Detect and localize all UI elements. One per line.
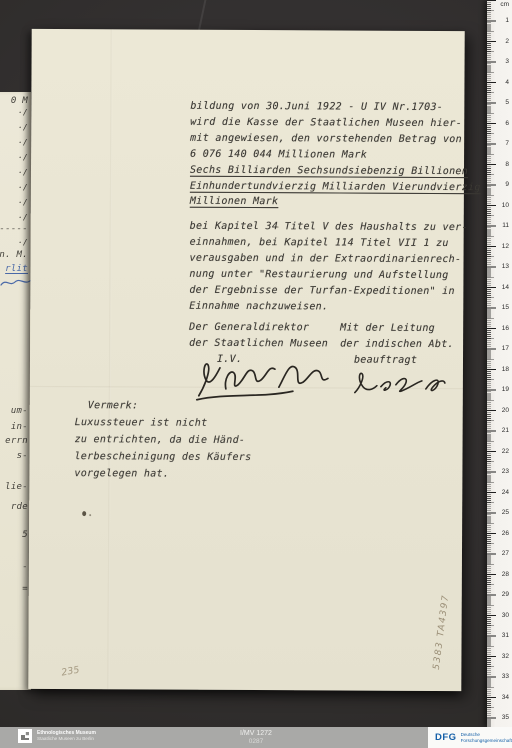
ruler-number: 23 (502, 468, 509, 475)
left-page-fragment: ·/ (18, 153, 28, 162)
left-page-fragment: ·/ (18, 198, 28, 207)
dfg-name-line2: Forschungsgemeinschaft (461, 738, 512, 743)
left-page-fragment: ·/ (18, 213, 28, 222)
pencil-inventory-annotation: 5383 TA4397 (430, 580, 453, 684)
typewritten-body: bildung von 30.Juni 1922 - U IV Nr.1703-… (189, 99, 486, 316)
ruler-number: 3 (505, 58, 509, 65)
ruler-number: 2 (505, 38, 509, 45)
ruler-number: 20 (502, 407, 509, 414)
left-page-fragment: ·/ (18, 238, 28, 247)
left-page-edge: 0 M·/·/·/·/·/·/·/·/-----·/en. M.rlitum-i… (0, 92, 31, 690)
typewritten-line: Einnahme nachzuweisen. (189, 299, 485, 316)
left-page-fragment: rde (11, 502, 28, 512)
left-page-fragment: ·/ (18, 138, 28, 147)
ruler-number: 34 (502, 694, 509, 701)
paper-speck (82, 511, 86, 516)
vermerk-line: lerbescheinigung des Käufers (74, 448, 284, 466)
left-page-fragment: 5 (22, 530, 28, 540)
dfg-branding: DFG Deutsche Forschungsgemeinschaft (428, 727, 512, 748)
typewritten-line: einnahmen, bei Kapitel 114 Titel VII 1 z… (190, 235, 486, 252)
ruler-number: 28 (502, 571, 509, 578)
ruler-number: 15 (502, 304, 509, 311)
ruler-number: 18 (502, 366, 509, 373)
ruler-number: 32 (502, 653, 509, 660)
dfg-logo: DFG (435, 732, 457, 743)
left-page-fragment: s- (17, 451, 28, 461)
ruler-unit-label: cm (500, 1, 509, 8)
left-page-fragment: um- (11, 406, 28, 416)
left-page-fragment: 0 M (11, 96, 28, 106)
vermerk-line: vorgelegen hat. (74, 465, 284, 483)
left-page-fragment: = (22, 584, 28, 594)
left-page-fragment: lie- (5, 482, 28, 492)
typewritten-line: Sechs Billiarden Sechsundsiebenzig Billi… (190, 162, 486, 179)
vertical-fold-crease (107, 29, 112, 689)
measurement-ruler: cm 1234567891011121314151617181920212223… (487, 0, 512, 727)
typewritten-line: nung unter "Restaurierung und Aufstellun… (189, 267, 485, 284)
ruler-number: 29 (502, 591, 509, 598)
ruler-number: 12 (502, 243, 509, 250)
ruler-number: 5 (505, 99, 509, 106)
typewritten-line: bildung von 30.Juni 1922 - U IV Nr.1703- (190, 99, 486, 116)
left-page-fragment: en. M. (0, 250, 28, 260)
blue-signature-squiggle (0, 274, 32, 290)
ruler-number: 6 (505, 120, 509, 127)
ruler-number: 4 (505, 79, 509, 86)
left-page-fragment: ----- (0, 224, 28, 234)
ruler-number: 22 (502, 448, 509, 455)
left-page-fragment: ·/ (18, 168, 28, 177)
ruler-number: 21 (502, 427, 509, 434)
left-page-fragment: ·/ (18, 123, 28, 132)
vermerk-line: zu entrichten, da die Händ- (75, 431, 285, 449)
museum-logo-icon (18, 729, 32, 743)
ruler-number: 7 (505, 140, 509, 147)
left-page-fragment: errn (5, 436, 28, 446)
typewritten-line: wird die Kasse der Staatlichen Museen hi… (190, 115, 486, 132)
vermerk-heading: Vermerk: (88, 397, 285, 415)
ruler-number: 26 (502, 530, 509, 537)
inventory-number: I/MV 1272 0287 (200, 729, 312, 746)
inventory-line1: I/MV 1272 (200, 729, 312, 738)
left-page-fragment: ·/ (18, 108, 28, 117)
ruler-number: 27 (502, 550, 509, 557)
ruler-number: 11 (502, 222, 509, 229)
ruler-number: 25 (502, 509, 509, 516)
vermerk-note: Vermerk:Luxussteuer ist nichtzu entricht… (74, 397, 284, 483)
typewritten-line: Einhundertundvierzig Milliarden Vierundv… (190, 178, 486, 195)
typewritten-line: bei Kapitel 34 Titel V des Haushalts zu … (190, 219, 486, 236)
ruler-number: 24 (502, 489, 509, 496)
typewritten-line: mit angewiesen, den vorstehenden Betrag … (190, 131, 486, 148)
typewritten-line: verausgaben und in der Extraordinarienre… (189, 251, 485, 268)
ruler-number: 8 (505, 161, 509, 168)
museum-branding: Ethnologisches Museum Staatliche Museen … (18, 729, 96, 743)
document-page: bildung von 30.Juni 1922 - U IV Nr.1703-… (28, 29, 464, 691)
pencil-page-number: 235 (61, 665, 81, 679)
ruler-number: 17 (502, 345, 509, 352)
footer-bar: Ethnologisches Museum Staatliche Museen … (0, 727, 512, 748)
typewritten-line: Millionen Mark (190, 194, 486, 211)
ruler-number: 33 (502, 673, 509, 680)
vermerk-line: Luxussteuer ist nicht (75, 414, 285, 432)
ruler-number: 30 (502, 612, 509, 619)
left-page-fragment: - (22, 562, 28, 572)
ruler-number: 16 (502, 325, 509, 332)
typewritten-line: 6 076 140 044 Millionen Mark (190, 146, 486, 163)
typewritten-line: der Ergebnisse der Turfan-Expeditionen" … (189, 283, 485, 300)
ruler-number: 35 (502, 714, 509, 721)
left-page-fragment: ·/ (18, 183, 28, 192)
handwritten-signature-lecoq (350, 365, 448, 406)
ruler-number: 31 (502, 632, 509, 639)
ruler-number: 14 (502, 284, 509, 291)
left-page-fragment: in- (11, 422, 28, 432)
ruler-number: 10 (502, 202, 509, 209)
left-page-fragment: rlit (5, 264, 28, 274)
museum-subtitle: Staatliche Museen zu Berlin (37, 736, 96, 742)
scan-canvas: { "colors": { "background": "#333030", "… (0, 0, 512, 748)
ruler-number: 13 (502, 263, 509, 270)
inventory-line2: 0287 (200, 738, 312, 746)
ruler-number: 9 (505, 181, 509, 188)
ruler-cm-ticks (487, 0, 496, 727)
ruler-number: 19 (502, 386, 509, 393)
ruler-number: 1 (505, 17, 509, 24)
paper-speck (89, 514, 91, 516)
